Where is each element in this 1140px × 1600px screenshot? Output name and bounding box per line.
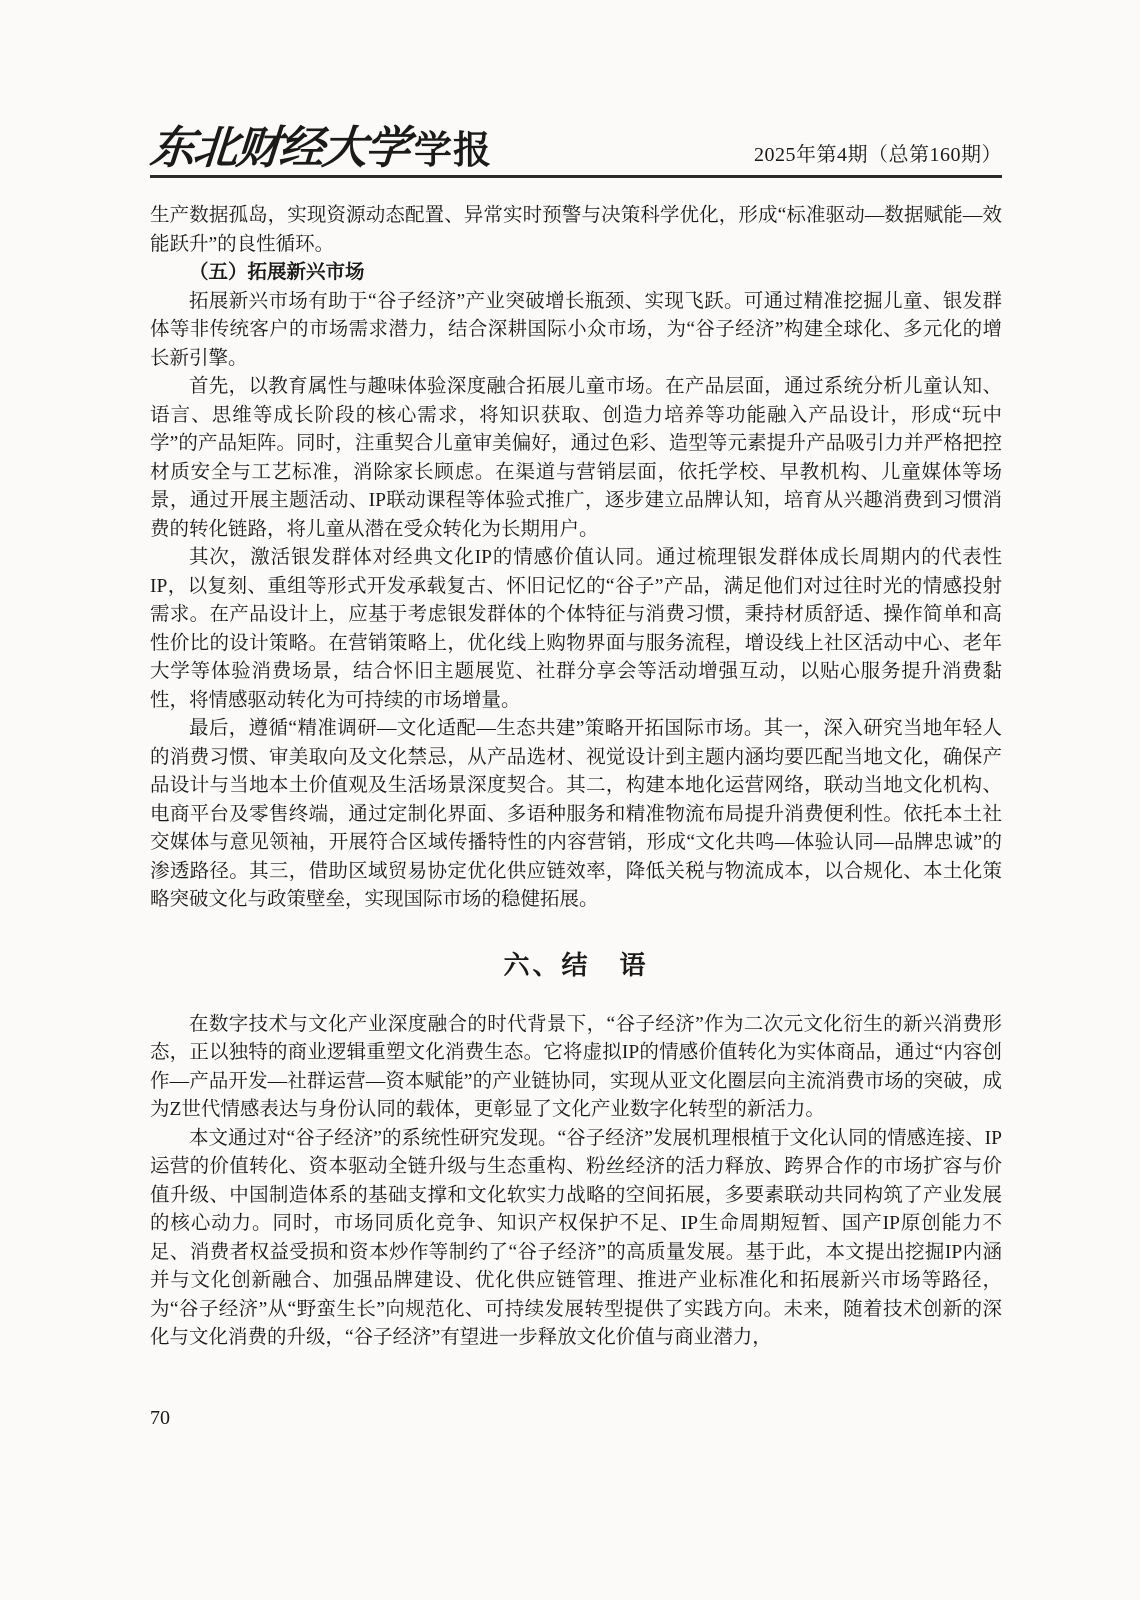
paragraph-conclusion-1: 在数字技术与文化产业深度融合的时代背景下，“谷子经济”作为二次元文化衍生的新兴消… — [150, 1011, 1002, 1125]
paragraph-international-market: 最后，遵循“精准调研—文化适配—生态共建”策略开拓国际市场。其一，深入研究当地年… — [150, 715, 1002, 915]
paragraph-conclusion-2: 本文通过对“谷子经济”的系统性研究发现。“谷子经济”发展机理根植于文化认同的情感… — [150, 1125, 1002, 1353]
section-5-heading: （五）拓展新兴市场 — [150, 259, 1002, 288]
paragraph-section5-intro: 拓展新兴市场有助于“谷子经济”产业突破增长瓶颈、实现飞跃。可通过精准挖掘儿童、银… — [150, 288, 1002, 374]
journal-page: 东北财经大学学报 2025年第4期（总第160期） 生产数据孤岛，实现资源动态配… — [0, 0, 1140, 1600]
paragraph-continuation: 生产数据孤岛，实现资源动态配置、异常实时预警与决策科学优化，形成“标准驱动—数据… — [150, 202, 1002, 259]
page-footer: 70 — [150, 1408, 170, 1429]
issue-info: 2025年第4期（总第160期） — [754, 145, 1002, 171]
page-header: 东北财经大学学报 2025年第4期（总第160期） — [150, 0, 1002, 178]
section-6-heading: 六、结 语 — [150, 948, 1002, 984]
journal-logo-calligraphy: 东北财经大学 — [148, 126, 409, 171]
journal-logo-suffix: 学报 — [414, 132, 492, 170]
journal-logo: 东北财经大学学报 — [150, 126, 492, 171]
paragraph-silver-market: 其次，激活银发群体对经典文化IP的情感价值认同。通过梳理银发群体成长周期内的代表… — [150, 544, 1002, 715]
page-number: 70 — [150, 1407, 170, 1429]
article-body: 生产数据孤岛，实现资源动态配置、异常实时预警与决策科学优化，形成“标准驱动—数据… — [150, 202, 1002, 1353]
paragraph-children-market: 首先，以教育属性与趣味体验深度融合拓展儿童市场。在产品层面，通过系统分析儿童认知… — [150, 373, 1002, 544]
